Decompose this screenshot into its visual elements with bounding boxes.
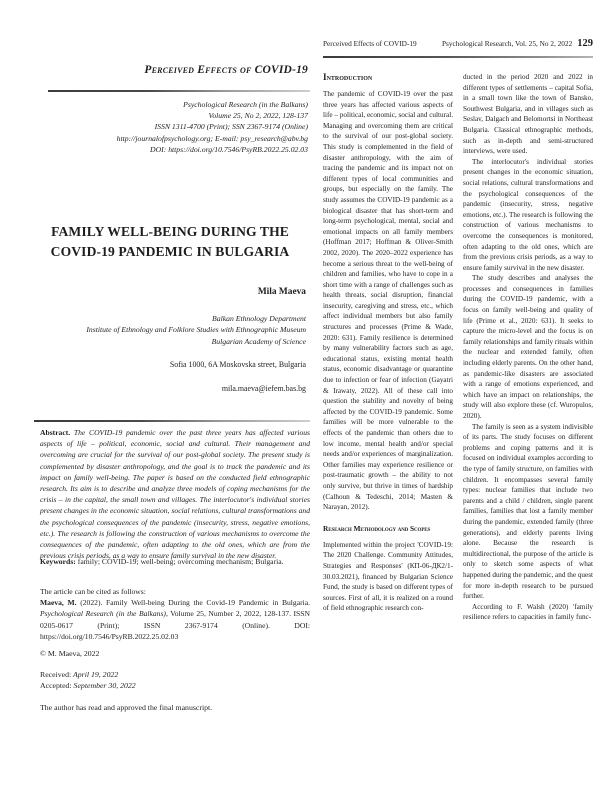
article-page: Perceived Effects of COVID-19 Psychologi… [323,0,593,800]
body-paragraph-stories: The interlocutor's individual stories pr… [463,157,593,274]
received-line: Received: April 19, 2022 [40,669,136,680]
running-head: Perceived Effects of COVID-19 [30,64,308,76]
author-name: Mila Maeva [30,287,306,297]
column-left: Introduction The pandemic of COVID-19 ov… [323,72,453,623]
citation-intro: The article can be cited as follows: [40,586,310,597]
affiliation-academy: Bulgarian Academy of Science [30,336,306,347]
methodology-heading: Research Methodology and Scopes [323,524,453,533]
affiliation-institute: Institute of Ethnology and Folklore Stud… [30,324,306,335]
two-column-text: Introduction The pandemic of COVID-19 ov… [323,72,593,623]
email-line: mila.maeva@iefem.bas.bg [30,384,306,393]
title-page: Perceived Effects of COVID-19 Psychologi… [30,0,310,800]
affiliation-block: Balkan Ethnology Department Institute of… [30,313,306,347]
header-running-title: Perceived Effects of COVID-19 [323,39,417,48]
body-paragraph-continuation: ducted in the period 2020 and 2022 in di… [463,72,593,157]
keywords-line: Keywords: family; COVID-19; well-being; … [40,557,310,566]
dates-block: Received: April 19, 2022 Accepted: Septe… [40,669,136,692]
received-label: Received: [40,670,71,679]
accepted-date: September 30, 2022 [72,681,136,690]
journal-info-block: Psychological Research (in the Balkans) … [30,99,308,155]
page-header: Perceived Effects of COVID-19 Psychologi… [323,38,593,49]
page-number: 129 [577,38,593,49]
address-line: Sofia 1000, 6A Moskovska street, Bulgari… [30,360,306,369]
citation-author: Maeva, M. [40,598,77,607]
journal-doi-line: DOI: https://doi.org/10.7546/PsyRB.2022.… [30,144,308,155]
accepted-label: Accepted: [40,681,72,690]
body-paragraph-study-describes: The study describes and analyses the pro… [463,273,593,421]
introduction-heading: Introduction [323,72,453,82]
citation-block: The article can be cited as follows:Maev… [40,586,310,642]
column-right: ducted in the period 2020 and 2022 in di… [463,72,593,623]
abstract-text: The COVID-19 pandemic over the past thre… [40,428,310,560]
article-title: FAMILY WELL-BEING DURING THE COVID-19 PA… [30,222,310,261]
abstract: Abstract. The COVID-19 pandemic over the… [40,427,310,561]
copyright-line: © M. Maeva, 2022 [40,649,99,658]
journal-name-line: Psychological Research (in the Balkans) [30,99,308,110]
citation-journal-name: Psychological Research (in the Balkans) [40,609,166,618]
introduction-paragraph: The pandemic of COVID-19 over the past t… [323,89,453,513]
accepted-line: Accepted: September 30, 2022 [40,680,136,691]
methodology-paragraph: Implemented within the project 'COVID-19… [323,540,453,614]
journal-issn-line: ISSN 1311-4700 (Print); SSN 2367-9174 (O… [30,121,308,132]
header-journal-ref: Psychological Research, Vol. 25, No 2, 2… [442,38,593,49]
affiliation-department: Balkan Ethnology Department [30,313,306,324]
abstract-label: Abstract. [40,428,70,437]
journal-url-line: http://journalofpsychology.org; E-mail: … [30,133,308,144]
citation-text-1: (2022). Family Well-being During the Cov… [77,598,310,607]
approval-note: The author has read and approved the fin… [40,703,212,712]
header-journal-text: Psychological Research, Vol. 25, No 2, 2… [442,39,572,48]
keywords-label: Keywords: [40,557,76,566]
received-date: April 19, 2022 [71,670,118,679]
body-paragraph-family-system: The family is seen as a system indivisib… [463,422,593,602]
keywords-text: family; COVID-19; well-being; overcoming… [76,557,284,566]
journal-volume-line: Volume 25, No 2, 2022, 128-137 [30,110,308,121]
body-paragraph-walsh: According to F. Walsh (2020) 'family res… [463,602,593,623]
abstract-rule [34,420,310,422]
header-rule [48,90,310,92]
page-header-rule [323,56,593,58]
